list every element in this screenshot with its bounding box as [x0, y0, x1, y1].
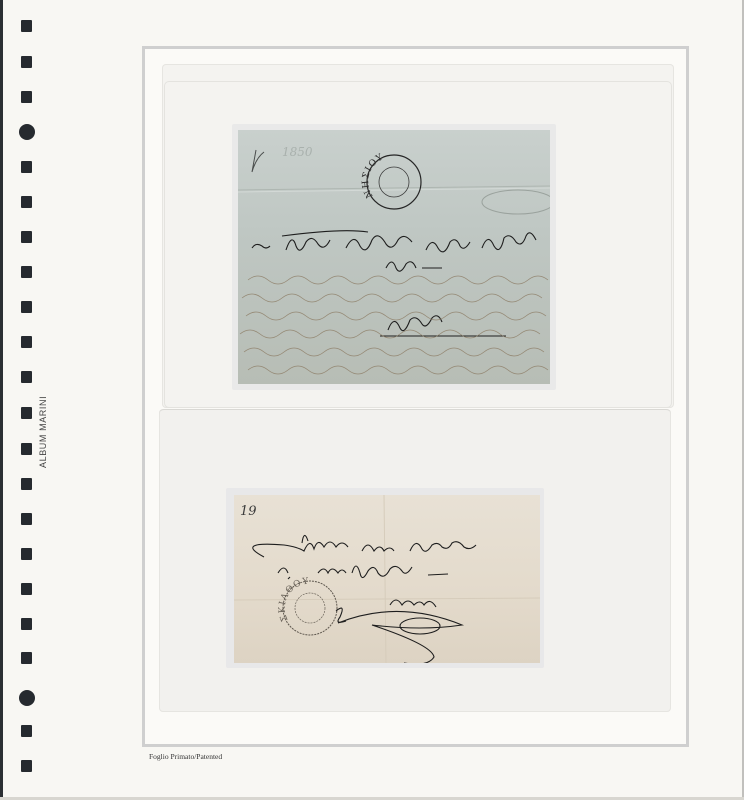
binder-punch-hole	[21, 725, 32, 737]
svg-text:ΝΗΣΙΟΥ: ΝΗΣΙΟΥ	[361, 152, 385, 199]
binder-punch-hole	[21, 336, 32, 348]
binder-ring-hole	[19, 124, 35, 140]
footer-caption: Foglio Primato/Patented	[149, 752, 222, 761]
binder-punch-hole	[21, 513, 32, 525]
binder-punch-hole	[21, 652, 32, 664]
svg-text:19: 19	[240, 504, 257, 519]
binder-punch-hole	[21, 443, 32, 455]
binder-punch-hole	[21, 301, 32, 313]
binder-punch-hole	[21, 20, 32, 32]
lower-cover[interactable]: 19 ΣΚΙΑΘΟΥ	[234, 495, 540, 663]
upper-cover[interactable]: 1850 ΝΗΣΙΟΥ	[238, 130, 550, 384]
binder-punch-hole	[21, 56, 32, 68]
lower-cover-artwork: 19 ΣΚΙΑΘΟΥ	[234, 495, 540, 663]
binder-punch-hole	[21, 548, 32, 560]
postmark-skiathou: ΣΚΙΑΘΟΥ	[278, 577, 337, 635]
binder-punch-hole	[21, 760, 32, 772]
binder-punch-hole	[21, 618, 32, 630]
binder-punch-hole	[21, 478, 32, 490]
binder-punch-hole	[21, 161, 32, 173]
binder-punch-hole	[21, 371, 32, 383]
binder-punch-hole	[21, 231, 32, 243]
binder-punch-hole	[21, 407, 32, 419]
postmark-nisiou: ΝΗΣΙΟΥ	[361, 152, 421, 209]
binder-punch-hole	[21, 266, 32, 278]
binder-punch-hole	[21, 583, 32, 595]
binder-punch-hole	[21, 196, 32, 208]
upper-cover-artwork: 1850 ΝΗΣΙΟΥ	[238, 130, 550, 384]
album-spine-label: ALBUM MARINI	[38, 396, 48, 468]
binder-punch-hole	[21, 91, 32, 103]
svg-text:1850: 1850	[282, 145, 313, 159]
album-page-left-edge	[0, 0, 3, 800]
binder-ring-hole	[19, 690, 35, 706]
